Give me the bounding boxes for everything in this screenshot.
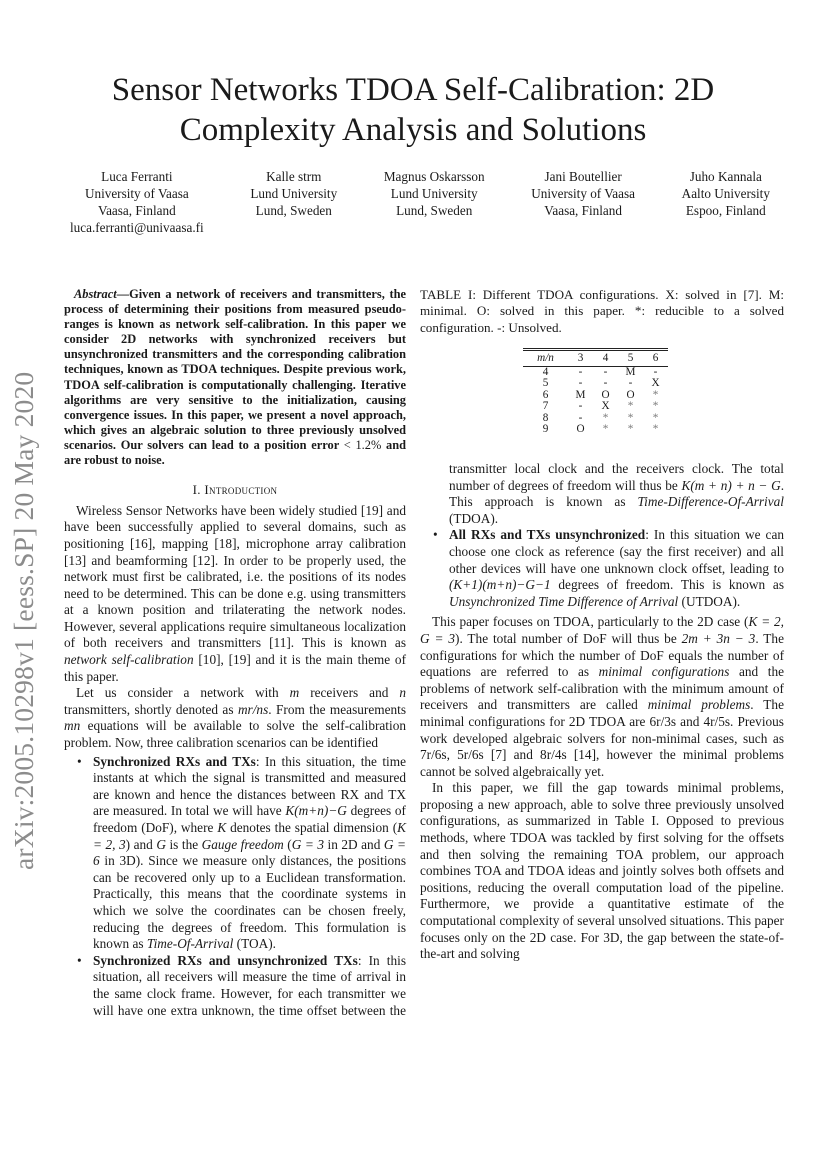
bullet-icon: • <box>77 953 82 970</box>
text-run: (TOA). <box>233 936 276 951</box>
table-cell: * <box>593 424 618 436</box>
author-5: Juho Kannala Aalto University Espoo, Fin… <box>682 168 770 236</box>
author-affiliation: Lund University <box>250 185 337 202</box>
table-caption: TABLE I: Different TDOA configurations. … <box>420 287 784 336</box>
text-run: This paper focuses on TDOA, particularly… <box>432 614 748 629</box>
text-run: transmitters, shortly denoted as <box>64 702 238 717</box>
abstract: Abstract—Given a network of receivers an… <box>64 287 406 468</box>
table-header-cell: 4 <box>593 350 618 367</box>
table-row: 9O*** <box>523 424 668 436</box>
table-cell: X <box>643 378 668 390</box>
scenario-list: •Synchronized RXs and TXs: In this situa… <box>64 754 406 1020</box>
table-row: 7-X** <box>523 401 668 413</box>
paper-title: Sensor Networks TDOA Self-Calibration: 2… <box>60 70 766 150</box>
text-run: ) and <box>126 837 157 852</box>
author-name: Jani Boutellier <box>531 168 635 185</box>
table-cell: 7 <box>523 401 568 413</box>
table-cell: O <box>568 424 593 436</box>
scenario-list-continued: transmitter local clock and the receiver… <box>420 461 784 610</box>
scenario-title: Synchronized RXs and TXs <box>93 754 256 769</box>
text-run: receivers and <box>299 685 399 700</box>
author-block: Luca Ferranti University of Vaasa Vaasa,… <box>70 168 770 236</box>
intro-paragraph-4: In this paper, we fill the gap towards m… <box>420 780 784 963</box>
intro-paragraph-3: This paper focuses on TDOA, particularly… <box>420 614 784 780</box>
table-cell: * <box>643 424 668 436</box>
scenario-item-sync-rx-tx: •Synchronized RXs and TXs: In this situa… <box>64 754 406 953</box>
title-line-1: Sensor Networks TDOA Self-Calibration: 2… <box>112 72 715 108</box>
section-heading-introduction: I. Introduction <box>64 482 406 499</box>
author-affiliation: Lund University <box>384 185 485 202</box>
emphasis: Time-Difference-Of-Arrival <box>638 494 784 509</box>
text-run: ). The total number of DoF will thus be <box>455 631 682 646</box>
scenario-title: All RXs and TXs unsynchronized <box>449 527 645 542</box>
author-location: Vaasa, Finland <box>531 202 635 219</box>
author-affiliation: University of Vaasa <box>70 185 204 202</box>
emphasis: network self-calibration <box>64 652 194 667</box>
author-name: Magnus Oskarsson <box>384 168 485 185</box>
table-cell: * <box>618 424 643 436</box>
math-n: n <box>399 685 406 700</box>
author-affiliation: University of Vaasa <box>531 185 635 202</box>
text-run: Let us consider a network with <box>76 685 290 700</box>
scenario-item-sync-rx-unsync-tx: •Synchronized RXs and unsynchronized TXs… <box>64 953 406 1019</box>
math: 2m + 3n − 3 <box>682 631 756 646</box>
author-2: Kalle strm Lund University Lund, Sweden <box>250 168 337 236</box>
scenario-item-all-unsync: •All RXs and TXs unsynchronized: In this… <box>420 527 784 610</box>
emphasis: Time-Of-Arrival <box>147 936 233 951</box>
author-name: Kalle strm <box>250 168 337 185</box>
abstract-label: Abstract <box>74 287 117 301</box>
author-affiliation: Aalto University <box>682 185 770 202</box>
author-3: Magnus Oskarsson Lund University Lund, S… <box>384 168 485 236</box>
table-cell: 9 <box>523 424 568 436</box>
author-email[interactable]: luca.ferranti@univaasa.fi <box>70 219 204 236</box>
scenario-title: Synchronized RXs and unsynchronized TXs <box>93 953 358 968</box>
math-mn: mn <box>64 718 80 733</box>
math: K(m + n) + n − G <box>681 478 780 493</box>
author-location: Espoo, Finland <box>682 202 770 219</box>
arxiv-identifier-stamp: arXiv:2005.10298v1 [eess.SP] 20 May 2020 <box>8 372 40 870</box>
math: G <box>156 837 166 852</box>
text-run: in 2D and <box>324 837 384 852</box>
emphasis: Unsynchronized Time Difference of Arriva… <box>449 594 678 609</box>
bullet-icon: • <box>433 527 438 544</box>
emphasis: Gauge freedom <box>202 837 284 852</box>
table-header-cell: 3 <box>568 350 593 367</box>
table-cell: X <box>593 401 618 413</box>
abstract-dash: — <box>117 287 129 301</box>
text-run: degrees of freedom. This is known as <box>551 577 784 592</box>
table-cell: - <box>568 378 593 390</box>
table-header-cell: m/n <box>523 350 568 367</box>
author-location: Lund, Sweden <box>384 202 485 219</box>
abstract-text: Given a network of receivers and transmi… <box>64 287 406 452</box>
table-header-cell: 5 <box>618 350 643 367</box>
emphasis: minimal configurations <box>599 664 730 679</box>
author-name: Luca Ferranti <box>70 168 204 185</box>
table-cell: * <box>618 401 643 413</box>
table-cell: - <box>618 378 643 390</box>
table-cell: * <box>643 401 668 413</box>
right-column-top: TABLE I: Different TDOA configurations. … <box>420 287 784 436</box>
intro-paragraph-1: Wireless Sensor Networks have been widel… <box>64 503 406 686</box>
scenario-item-sync-rx-unsync-tx-continued: transmitter local clock and the receiver… <box>420 461 784 527</box>
text-run: equations will be available to solve the… <box>64 718 406 750</box>
table-cell: 5 <box>523 378 568 390</box>
text-run: is the <box>166 837 202 852</box>
text-run: denotes the spatial dimension ( <box>226 820 397 835</box>
math-mrns: mr/ns <box>238 702 268 717</box>
table-header-cell: 6 <box>643 350 668 367</box>
author-4: Jani Boutellier University of Vaasa Vaas… <box>531 168 635 236</box>
text-run: Wireless Sensor Networks have been widel… <box>64 503 406 651</box>
author-name: Juho Kannala <box>682 168 770 185</box>
table-header-row: m/n 3 4 5 6 <box>523 350 668 367</box>
tdoa-configurations-table: m/n 3 4 5 6 4--M-5---X6MOO*7-X**8-***9O*… <box>523 348 668 436</box>
bullet-icon: • <box>77 754 82 771</box>
math: G = 3 <box>292 837 324 852</box>
math: K <box>217 820 226 835</box>
title-line-2: Complexity Analysis and Solutions <box>180 112 647 148</box>
math: K(m+n)−G <box>285 803 347 818</box>
math: (K+1)(m+n)−G−1 <box>449 577 551 592</box>
right-column-body: transmitter local clock and the receiver… <box>420 461 784 963</box>
intro-paragraph-2: Let us consider a network with m receive… <box>64 685 406 751</box>
text-run: (TDOA). <box>449 511 498 526</box>
table-cell: - <box>568 401 593 413</box>
table-row: 5---X <box>523 378 668 390</box>
author-location: Lund, Sweden <box>250 202 337 219</box>
emphasis: minimal problems <box>648 697 751 712</box>
author-1: Luca Ferranti University of Vaasa Vaasa,… <box>70 168 204 236</box>
table-cell: - <box>593 378 618 390</box>
abstract-math: < 1.2% <box>344 438 382 452</box>
math-m: m <box>290 685 300 700</box>
left-column: Abstract—Given a network of receivers an… <box>64 287 406 1021</box>
text-run: (UTDOA). <box>678 594 740 609</box>
text-run: ( <box>284 837 292 852</box>
text-run: . From the measurements <box>268 702 406 717</box>
author-location: Vaasa, Finland <box>70 202 204 219</box>
